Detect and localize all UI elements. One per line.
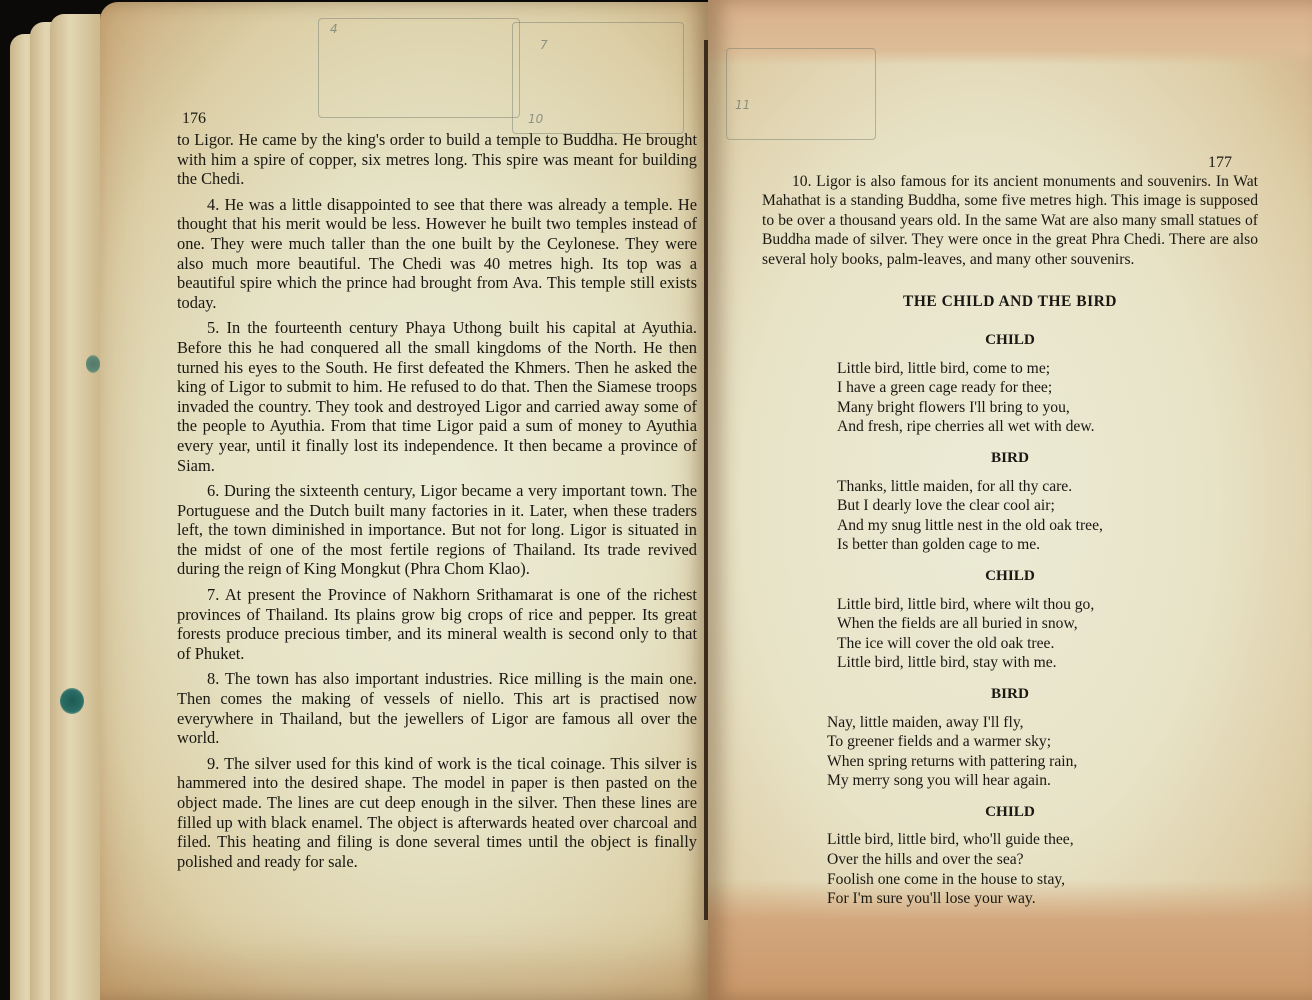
poem-line: When spring returns with pattering rain, — [827, 752, 1230, 772]
poem-line: And my snug little nest in the old oak t… — [837, 516, 1230, 536]
page-stack-edge — [50, 14, 101, 1000]
pencil-annotation: 10 — [528, 112, 543, 126]
stanza-speaker: BIRD — [790, 448, 1230, 468]
paragraph: 6. During the sixteenth century, Ligor b… — [177, 481, 697, 579]
stanza-speaker: BIRD — [790, 684, 1230, 704]
poem-line: Little bird, little bird, who'll guide t… — [827, 830, 1230, 850]
poem-line: For I'm sure you'll lose your way. — [827, 889, 1230, 909]
poem-line: And fresh, ripe cherries all wet with de… — [837, 417, 1230, 437]
poem-line: Nay, little maiden, away I'll fly, — [827, 713, 1230, 733]
stanza-speaker: CHILD — [790, 330, 1230, 350]
paragraph: 5. In the fourteenth century Phaya Uthon… — [177, 318, 697, 475]
paragraph: 7. At present the Province of Nakhorn Sr… — [177, 585, 697, 663]
ink-stain — [86, 355, 100, 373]
pencil-annotation-box — [726, 48, 876, 140]
poem-line: To greener fields and a warmer sky; — [827, 732, 1230, 752]
paragraph: 10. Ligor is also famous for its ancient… — [762, 172, 1258, 269]
paragraph: to Ligor. He came by the king's order to… — [177, 130, 697, 189]
stanza: Nay, little maiden, away I'll fly, To gr… — [790, 713, 1230, 791]
poem-line: Little bird, little bird, stay with me. — [837, 653, 1230, 673]
pencil-annotation: 11 — [735, 98, 750, 112]
book-gutter — [704, 40, 708, 920]
poem-line: Over the hills and over the sea? — [827, 850, 1230, 870]
poem-line: Thanks, little maiden, for all thy care. — [837, 477, 1230, 497]
poem-line: Is better than golden cage to me. — [837, 535, 1230, 555]
stanza-speaker: CHILD — [790, 566, 1230, 586]
poem-line: Little bird, little bird, where wilt tho… — [837, 595, 1230, 615]
stanza: Thanks, little maiden, for all thy care.… — [790, 477, 1230, 555]
poem-line: Foolish one come in the house to stay, — [827, 870, 1230, 890]
page-number-left: 176 — [182, 110, 206, 128]
stanza-speaker: CHILD — [790, 802, 1230, 822]
stanza: Little bird, little bird, who'll guide t… — [790, 830, 1230, 908]
ink-stain — [60, 688, 84, 714]
stanza: Little bird, little bird, come to me; I … — [790, 359, 1230, 437]
page-number-right: 177 — [1208, 154, 1232, 172]
poem: CHILD Little bird, little bird, come to … — [790, 330, 1230, 920]
poem-line: Little bird, little bird, come to me; — [837, 359, 1230, 379]
poem-line: But I dearly love the clear cool air; — [837, 496, 1230, 516]
poem-line: I have a green cage ready for thee; — [837, 378, 1230, 398]
left-page-body: to Ligor. He came by the king's order to… — [177, 130, 697, 877]
pencil-annotation: 4 — [330, 22, 338, 36]
pencil-annotation-box — [318, 18, 520, 118]
stanza: Little bird, little bird, where wilt tho… — [790, 595, 1230, 673]
poem-line: My merry song you will hear again. — [827, 771, 1230, 791]
poem-line: The ice will cover the old oak tree. — [837, 634, 1230, 654]
paragraph: 8. The town has also important industrie… — [177, 669, 697, 747]
poem-line: When the fields are all buried in snow, — [837, 614, 1230, 634]
paragraph: 4. He was a little disappointed to see t… — [177, 195, 697, 313]
paragraph: 9. The silver used for this kind of work… — [177, 754, 697, 872]
poem-line: Many bright flowers I'll bring to you, — [837, 398, 1230, 418]
right-page-body: 10. Ligor is also famous for its ancient… — [762, 172, 1258, 269]
pencil-annotation: 7 — [540, 38, 548, 52]
poem-title: THE CHILD AND THE BIRD — [760, 293, 1260, 311]
